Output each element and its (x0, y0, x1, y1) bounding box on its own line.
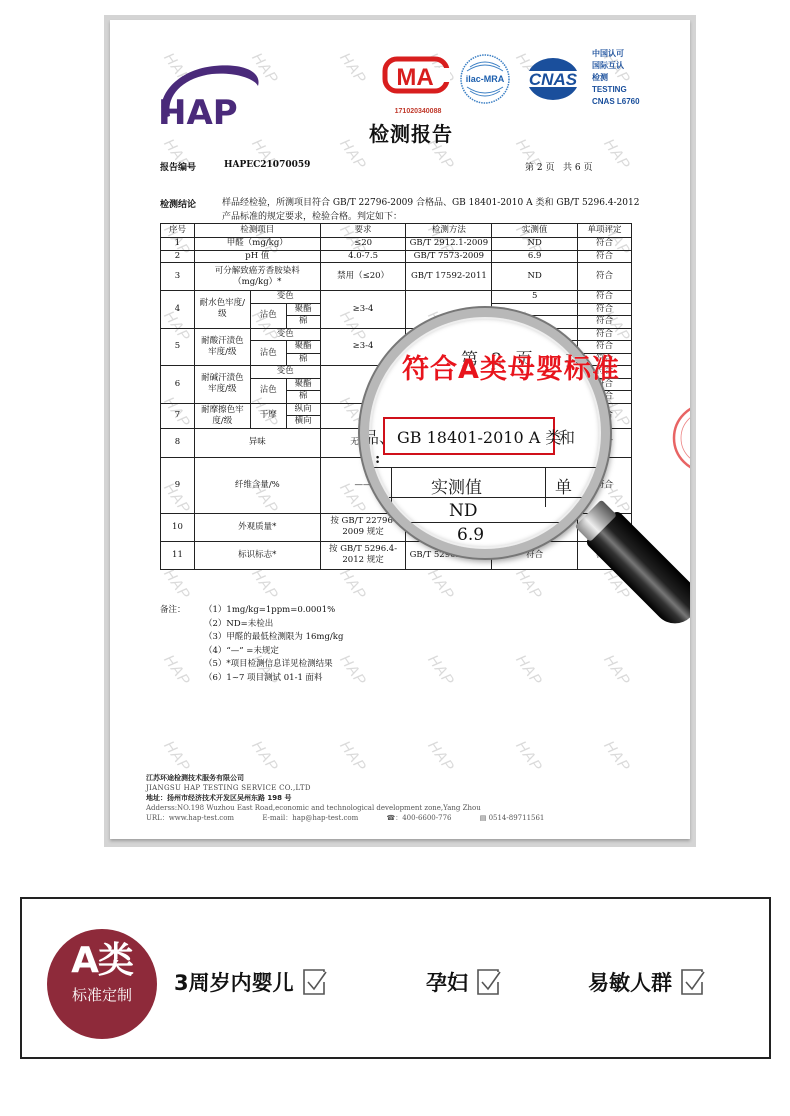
feature-label: 3周岁内婴儿 (174, 967, 294, 997)
cell-no: 2 (161, 250, 195, 263)
watermark-text: HAP (160, 566, 193, 603)
table-row: 3 可分解致癌芳香胺染料（mg/kg）* 禁用（≤20） GB/T 17592-… (161, 263, 632, 291)
report-image-frame: HAPHAPHAPHAPHAPHAPHAPHAPHAPHAPHAPHAPHAPH… (104, 15, 696, 847)
cell-no: 7 (161, 403, 195, 428)
cell-result: 符合 (578, 391, 632, 404)
cell-requirement: 无异味 (320, 428, 406, 457)
svg-text:MA: MA (396, 64, 433, 91)
watermark-text: HAP (424, 652, 457, 689)
cell-value: 6.9 (492, 250, 578, 263)
cell-result: 符合 (578, 457, 632, 513)
cnas-line: CNAS L6760 (592, 96, 640, 108)
header-cell: 单项评定 (578, 224, 632, 238)
cell-no: 9 (161, 457, 195, 513)
table-row: 8 异味 无异味 符合 (161, 428, 632, 457)
cell-value (492, 328, 578, 341)
cell-sub: 聚酯 (286, 341, 320, 354)
cell-no: 5 (161, 328, 195, 366)
report-footer: 江苏环途检测技术服务有限公司 JIANGSU HAP TESTING SERVI… (146, 773, 570, 823)
cell-method (406, 291, 492, 329)
cell-requirement: 按 GB/T 22796-2009 规定 (320, 513, 406, 541)
report-number-value: HAPEC21070059 (224, 160, 310, 170)
cell-item: 外观质量* (194, 513, 320, 541)
cell-method: GB/T 2912.1-2009 (406, 238, 492, 251)
cell-value (492, 428, 578, 457)
feature-infants: 3周岁内婴儿 (174, 967, 328, 997)
cell-sub: 沾色 (250, 341, 286, 366)
cell-no: 10 (161, 513, 195, 541)
header-cell: 序号 (161, 224, 195, 238)
header-cell: 实测值 (492, 224, 578, 238)
cell-value (492, 316, 578, 329)
header-cell: 检测项目 (194, 224, 320, 238)
cell-result: 符合 (578, 403, 632, 428)
note-item: （3）甲醛的最低检测限为 16mg/kg (204, 631, 343, 645)
cell-sub: 变色 (250, 291, 320, 304)
svg-text:CNAS: CNAS (529, 70, 578, 89)
cnas-line: 检测 (592, 72, 640, 84)
cell-result: 符合 (578, 263, 632, 291)
page-info: 第 2 页 共 6 页 (525, 160, 592, 173)
cell-no: 8 (161, 428, 195, 457)
cell-item: 可分解致癌芳香胺染料（mg/kg）* (194, 263, 320, 291)
cell-sub: 棉 (286, 391, 320, 404)
cell-item: 标识标志* (194, 541, 320, 569)
table-row: 11 标识标志* 按 GB/T 5296.4-2012 规定 GB/T 5296… (161, 541, 632, 569)
cell-value: 面料：聚酯纤维 100 (492, 457, 578, 513)
cell-no: 3 (161, 263, 195, 291)
cell-value: 5 (492, 291, 578, 304)
cma-cert-logo: MA (382, 56, 450, 94)
note-item: （1）1mg/kg=1ppm=0.0001% (204, 604, 343, 618)
notes-section: 备注： （1）1mg/kg=1ppm=0.0001% （2）ND=未检出 （3）… (160, 604, 343, 685)
cell-requirement: —— (320, 457, 406, 513)
svg-text:HAP: HAP (158, 93, 238, 132)
notes-label: 备注： (160, 604, 186, 618)
cell-sub: 变色 (250, 328, 320, 341)
a-class-badge: A类 标准定制 (47, 929, 157, 1039)
cell-requirement: 4.0-7.5 (320, 250, 406, 263)
watermark-text: HAP (512, 738, 545, 775)
cell-requirement: ≤20 (320, 238, 406, 251)
red-seal-stamp (668, 398, 690, 478)
feature-pregnant: 孕妇 (426, 967, 502, 997)
cell-requirement: ≥3-4 (320, 291, 406, 329)
cell-method (406, 428, 492, 457)
watermark-text: HAP (424, 566, 457, 603)
cell-item: 异味 (194, 428, 320, 457)
cell-sub: 干摩 (250, 403, 286, 428)
cell-result: 符合 (578, 428, 632, 457)
company-name-en: JIANGSU HAP TESTING SERVICE CO.,LTD (146, 783, 570, 793)
cell-method: GB/T 2910 (406, 457, 492, 513)
cell-requirement: 禁用（≤20） (320, 263, 406, 291)
cell-result: 符合 (578, 316, 632, 329)
cell-method: GB/T 5296.4-2012 (406, 541, 492, 569)
cell-result: 符合 (578, 303, 632, 316)
contact-line: URL：www.hap-test.com E-mail：hap@hap-test… (146, 813, 570, 823)
cell-sub: 棉 (286, 353, 320, 366)
watermark-text: HAP (248, 738, 281, 775)
header-cell: 要求 (320, 224, 406, 238)
cell-result: 符合 (578, 291, 632, 304)
url-text: URL：www.hap-test.com (146, 814, 234, 822)
cnas-line: 中国认可 (592, 48, 640, 60)
cell-item: 耐酸汗渍色牢度/级 (194, 328, 250, 366)
cell-no: 4 (161, 291, 195, 329)
cell-value (492, 303, 578, 316)
cell-item: 耐碱汗渍色牢度/级 (194, 366, 250, 404)
cell-requirement (320, 403, 406, 428)
watermark-text: HAP (424, 738, 457, 775)
address-en: Adderss:NO.198 Wuzhou East Road,economic… (146, 803, 570, 813)
cell-value (492, 391, 578, 404)
cell-item: 甲醛（mg/kg） (194, 238, 320, 251)
checkbox-checked-icon (302, 968, 328, 996)
cell-value: ND (492, 263, 578, 291)
cnas-logo: CNAS (522, 57, 584, 101)
hap-logo: HAP (154, 60, 264, 132)
cell-no: 1 (161, 238, 195, 251)
watermark-text: HAP (600, 652, 633, 689)
cell-result: 符合 (578, 513, 632, 541)
table-row: 2 pH 值 4.0-7.5 GB/T 7573-2009 6.9 符合 (161, 250, 632, 263)
table-row: 10 外观质量* 按 GB/T 22796-2009 规定 GB/T 22796… (161, 513, 632, 541)
watermark-text: HAP (336, 50, 369, 87)
cell-method: GB/T 17592-2011 (406, 263, 492, 291)
cell-item: 纤维含量/% (194, 457, 320, 513)
cell-sub: 聚酯 (286, 378, 320, 391)
watermark-text: HAP (600, 136, 633, 173)
cnas-line: 国际互认 (592, 60, 640, 72)
note-item: （4）“—” =未规定 (204, 645, 343, 659)
header-cell: 检测方法 (406, 224, 492, 238)
checkbox-checked-icon (680, 968, 706, 996)
cell-sub: 横向 (286, 416, 320, 429)
watermark-text: HAP (336, 738, 369, 775)
cell-requirement: ≥3-4 (320, 328, 406, 366)
cell-result: 符合 (578, 328, 632, 341)
svg-text:ilac-MRA: ilac-MRA (466, 74, 505, 84)
cell-value: 符合 (492, 541, 578, 569)
watermark-text: HAP (248, 566, 281, 603)
cell-sub: 棉 (286, 316, 320, 329)
cell-sub: 沾色 (250, 378, 286, 403)
table-row: 4 耐水色牢度/级 变色 ≥3-4 5 符合 (161, 291, 632, 304)
table-header-row: 序号 检测项目 要求 检测方法 实测值 单项评定 (161, 224, 632, 238)
conclusion-text: 样品经检验，所测项目符合 GB/T 22796-2009 合格品、GB 1840… (222, 196, 642, 224)
watermark-text: HAP (336, 566, 369, 603)
cell-item: 耐摩擦色牢度/级 (194, 403, 250, 428)
watermark-text: HAP (160, 738, 193, 775)
phone-text: ☎：400-6600-776 (387, 814, 452, 822)
cnas-accreditation-text: 中国认可 国际互认 检测 TESTING CNAS L6760 (592, 48, 640, 108)
conclusion-label: 检测结论 (160, 197, 196, 210)
table-row: 7 耐摩擦色牢度/级 干摩 纵向 符合 (161, 403, 632, 416)
a-class-banner: A类 标准定制 3周岁内婴儿 孕妇 易敏人群 (20, 897, 771, 1059)
cell-requirement: 按 GB/T 5296.4-2012 规定 (320, 541, 406, 569)
ilac-mra-logo: ilac-MRA (459, 53, 511, 105)
address-cn: 地址：扬州市经济技术开发区吴州东路 198 号 (146, 793, 570, 803)
cell-method: GB/T 22796-2009 (406, 513, 492, 541)
compliance-headline: 符合A类母婴标准 (402, 347, 620, 386)
table-row: 5 耐酸汗渍色牢度/级 变色 ≥3-4 符合 (161, 328, 632, 341)
cell-sub: 聚酯 (286, 303, 320, 316)
cell-value: 符合 (492, 513, 578, 541)
cell-item: pH 值 (194, 250, 320, 263)
fax-text: ▤ 0514-89711561 (480, 814, 545, 822)
cell-value (492, 403, 578, 428)
report-number-label: 报告编号 (160, 160, 196, 173)
cell-value: ND (492, 238, 578, 251)
note-item: （5）*项目检测信息详见检测结果 (204, 658, 343, 672)
table-row: 9 纤维含量/% —— GB/T 2910 面料：聚酯纤维 100 符合 (161, 457, 632, 513)
test-results-table: 序号 检测项目 要求 检测方法 实测值 单项评定 1 甲醛（mg/kg） ≤20… (160, 223, 632, 570)
table-row: 1 甲醛（mg/kg） ≤20 GB/T 2912.1-2009 ND 符合 (161, 238, 632, 251)
badge-title: A类 (47, 939, 157, 983)
cell-sub: 变色 (250, 366, 320, 379)
email-text: E-mail：hap@hap-test.com (262, 814, 358, 822)
cell-item: 耐水色牢度/级 (194, 291, 250, 329)
cell-requirement (320, 366, 406, 404)
cell-sub: 纵向 (286, 403, 320, 416)
cell-method (406, 403, 492, 428)
feature-label: 易敏人群 (588, 967, 672, 997)
checkbox-checked-icon (476, 968, 502, 996)
cell-no: 6 (161, 366, 195, 404)
watermark-text: HAP (600, 738, 633, 775)
company-name-cn: 江苏环途检测技术服务有限公司 (146, 773, 570, 783)
cell-no: 11 (161, 541, 195, 569)
note-item: （2）ND=未检出 (204, 618, 343, 632)
note-item: （6）1~7 项目测试 01-1 面料 (204, 672, 343, 686)
report-title: 检测报告 (346, 118, 476, 147)
cnas-line: TESTING (592, 84, 640, 96)
watermark-text: HAP (512, 652, 545, 689)
cma-cert-number: 171020340088 (373, 108, 463, 115)
watermark-text: HAP (600, 566, 633, 603)
badge-subtitle: 标准定制 (47, 985, 157, 1005)
feature-label: 孕妇 (426, 967, 468, 997)
cell-result: 符合 (578, 541, 632, 569)
cell-sub: 沾色 (250, 303, 286, 328)
cell-result: 符合 (578, 238, 632, 251)
feature-sensitive: 易敏人群 (588, 967, 706, 997)
watermark-text: HAP (512, 566, 545, 603)
cell-method: GB/T 7573-2009 (406, 250, 492, 263)
test-report-sheet: HAPHAPHAPHAPHAPHAPHAPHAPHAPHAPHAPHAPHAPH… (110, 20, 690, 839)
cell-result: 符合 (578, 250, 632, 263)
